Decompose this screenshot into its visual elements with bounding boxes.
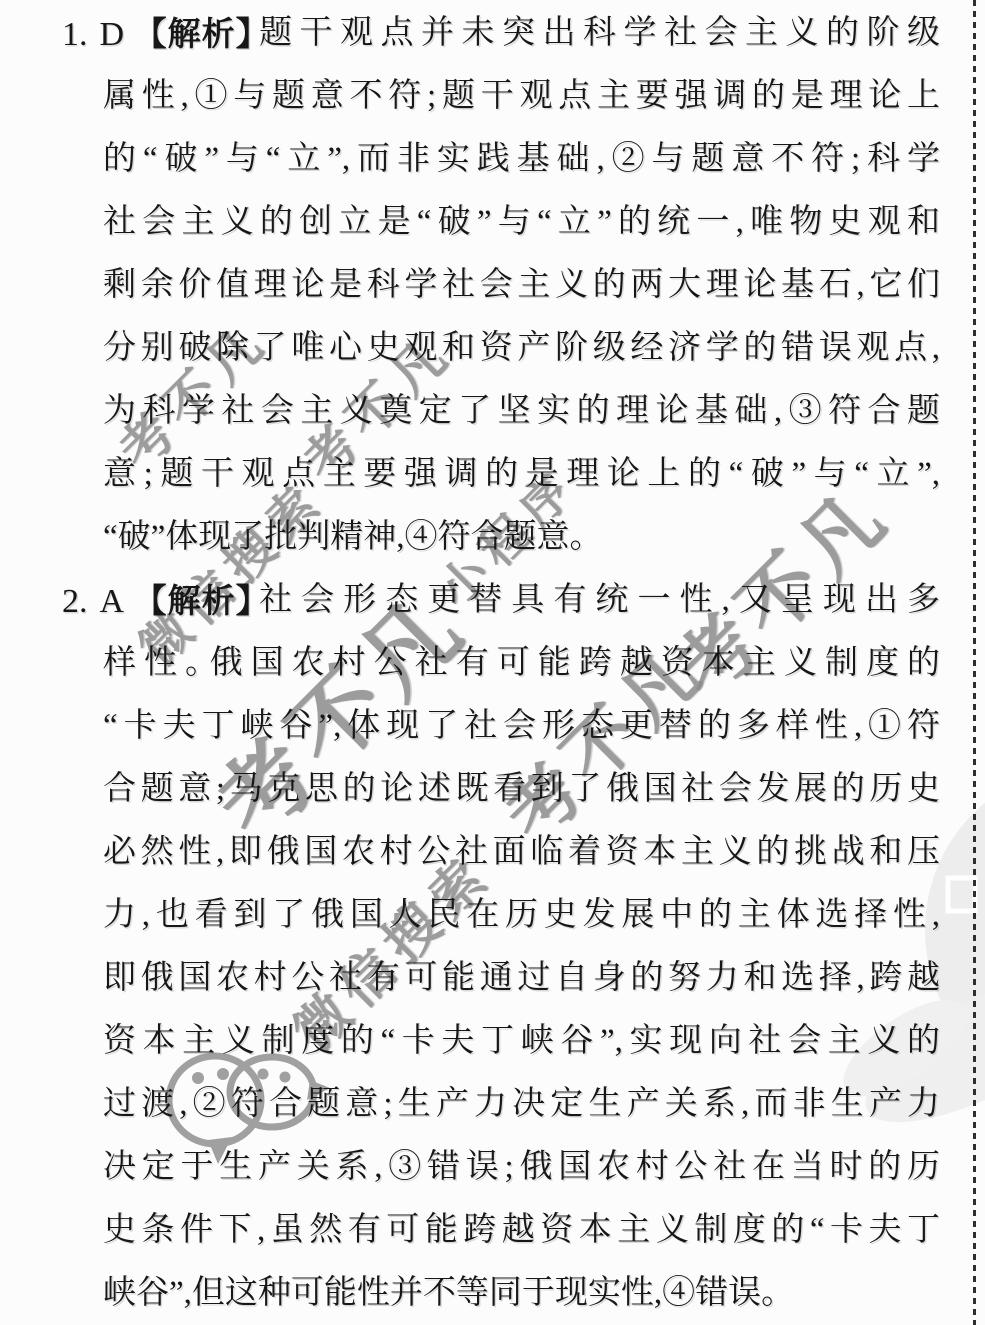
- text-line: 峡谷”,但这种可能性并不等同于现实性,④错误。: [103, 1262, 940, 1325]
- answer-item-1: 1.D【解析】题干观点并未突出科学社会主义的阶级属性,①与题意不符;题干观点主要…: [62, 2, 940, 569]
- text-line: 决定于生产关系,③错误;俄国农村公社在当时的历: [103, 1136, 940, 1199]
- first-line-text: 题干观点并未突出科学社会主义的阶级: [259, 2, 940, 65]
- item-number: 2.: [62, 583, 88, 620]
- text-line: 即俄国农村公社有可能通过自身的努力和选择,跨越: [103, 947, 940, 1010]
- text-line: 力,也看到了俄国人民在历史发展中的主体选择性,: [103, 884, 940, 947]
- text-line: 剩余价值理论是科学社会主义的两大理论基石,它们: [103, 254, 940, 317]
- content: 1.D【解析】题干观点并未突出科学社会主义的阶级属性,①与题意不符;题干观点主要…: [62, 2, 940, 1325]
- item-prefix: 2.A【解析】: [62, 569, 253, 632]
- text-line: 样性。俄国农村公社有可能跨越资本主义制度的: [103, 632, 940, 695]
- text-line: 1.D【解析】题干观点并未突出科学社会主义的阶级: [62, 2, 940, 65]
- answer-item-2: 2.A【解析】社会形态更替具有统一性,又呈现出多样性。俄国农村公社有可能跨越资本…: [62, 569, 940, 1325]
- text-line: 资本主义制度的“卡夫丁峡谷”,实现向社会主义的: [103, 1010, 940, 1073]
- text-line: 的“破”与“立”,而非实践基础,②与题意不符;科学: [103, 128, 940, 191]
- text-line: 史条件下,虽然有可能跨越资本主义制度的“卡夫丁: [103, 1199, 940, 1262]
- text-line: 必然性,即俄国农村公社面临着资本主义的挑战和压: [103, 821, 940, 884]
- faint-logo-square: [948, 878, 975, 911]
- page: { "page": { "background": "#fcfcfc", "te…: [0, 0, 985, 1325]
- item-prefix: 1.D【解析】: [62, 2, 253, 65]
- text-line: 2.A【解析】社会形态更替具有统一性,又呈现出多: [62, 569, 940, 632]
- text-line: 属性,①与题意不符;题干观点主要强调的是理论上: [103, 65, 940, 128]
- text-line: 分别破除了唯心史观和资产阶级经济学的错误观点,: [103, 317, 940, 380]
- text-line: “卡夫丁峡谷”,体现了社会形态更替的多样性,①符: [103, 695, 940, 758]
- text-line: 过渡,②符合题意;生产力决定生产关系,而非生产力: [103, 1073, 940, 1136]
- item-number: 1.: [62, 16, 88, 53]
- item-answer: A: [100, 583, 125, 620]
- text-line: 合题意;马克思的论述既看到了俄国社会发展的历史: [103, 758, 940, 821]
- first-line-text: 社会形态更替具有统一性,又呈现出多: [259, 569, 940, 632]
- cut-line-divider: [973, 0, 976, 1325]
- analysis-label: 【解析】: [150, 582, 253, 619]
- text-line: 为科学社会主义奠定了坚实的理论基础,③符合题: [103, 380, 940, 443]
- text-line: “破”体现了批判精神,④符合题意。: [103, 506, 940, 569]
- text-line: 社会主义的创立是“破”与“立”的统一,唯物史观和: [103, 191, 940, 254]
- analysis-label: 【解析】: [150, 15, 253, 52]
- item-answer: D: [100, 16, 125, 53]
- text-line: 意;题干观点主要强调的是理论上的“破”与“立”,: [103, 443, 940, 506]
